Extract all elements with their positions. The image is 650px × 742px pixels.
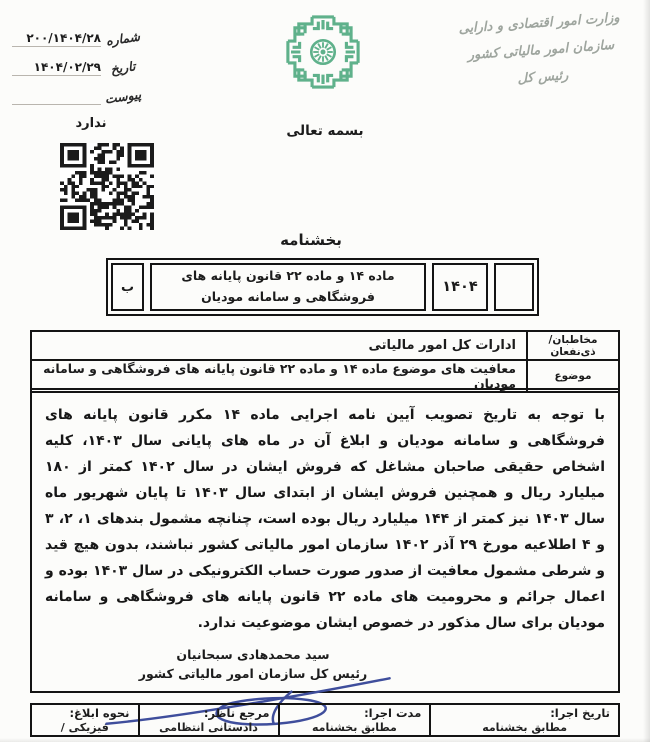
document-type-title: بخشنامه bbox=[0, 231, 636, 249]
qr-code bbox=[60, 143, 154, 230]
execution-date-label: تاریخ اجرا: bbox=[439, 706, 610, 721]
tax-administration-logo-icon bbox=[284, 10, 362, 94]
document-meta: ۲۰۰/۱۴۰۴/۲۸ شماره ۱۴۰۴/۰۲/۲۹ تاریخ پیوست… bbox=[12, 18, 142, 131]
besmele-text: بسمه تعالی bbox=[0, 123, 650, 139]
signer-name: سید محمدهادی سبحانیان bbox=[113, 645, 393, 664]
circular-document-page: ۲۰۰/۱۴۰۴/۲۸ شماره ۱۴۰۴/۰۲/۲۹ تاریخ پیوست… bbox=[0, 0, 650, 742]
document-number: ۲۰۰/۱۴۰۴/۲۸ bbox=[26, 31, 101, 46]
header-table: مخاطبان/ذی‌نفعان ادارات کل امور مالیاتی … bbox=[30, 330, 620, 393]
classification-row: ۱۴۰۴ ماده ۱۴ و ماده ۲۲ قانون پایانه های … bbox=[106, 258, 539, 316]
supervisor-label: مرجع ناظر: bbox=[148, 706, 270, 721]
execution-date-value: مطابق بخشنامه bbox=[439, 721, 610, 735]
classification-empty-box bbox=[494, 263, 534, 311]
meta-date-row: ۱۴۰۴/۰۲/۲۹ تاریخ bbox=[12, 47, 142, 76]
body-box: با توجه به تاریخ تصویب آیین نامه اجرایی … bbox=[30, 388, 620, 693]
classification-subject-box: ماده ۱۴ و ماده ۲۲ قانون پایانه های فروشگ… bbox=[150, 263, 426, 311]
meta-attachment-row: پیوست bbox=[12, 76, 142, 105]
meta-date-line: ۱۴۰۴/۰۲/۲۹ bbox=[12, 60, 101, 76]
letterhead-block: وزارت امور اقتصادی و دارایی سازمان امور … bbox=[433, 3, 648, 98]
footer-cell-notification-method: نحوه ابلاغ: فیزیکی / سیستمی bbox=[32, 705, 137, 735]
recipients-value: ادارات کل امور مالیاتی bbox=[31, 331, 527, 360]
supervisor-value: دادستانی انتظامی مالیاتی bbox=[148, 721, 270, 735]
classification-letter-box: ب bbox=[111, 263, 144, 311]
footer-cell-execution-duration: مدت اجرا: مطابق بخشنامه bbox=[278, 705, 430, 735]
footer-cell-execution-date: تاریخ اجرا: مطابق بخشنامه bbox=[429, 705, 618, 735]
signature-block: سید محمدهادی سبحانیان رئیس کل سازمان امو… bbox=[113, 645, 393, 683]
notification-method-value: فیزیکی / سیستمی bbox=[40, 721, 129, 735]
execution-duration-value: مطابق بخشنامه bbox=[288, 721, 422, 735]
recipients-label: مخاطبان/ذی‌نفعان bbox=[527, 331, 619, 360]
execution-duration-label: مدت اجرا: bbox=[288, 706, 422, 721]
footer-cell-supervisor: مرجع ناظر: دادستانی انتظامی مالیاتی bbox=[138, 705, 278, 735]
document-date: ۱۴۰۴/۰۲/۲۹ bbox=[34, 60, 101, 75]
classification-year-box: ۱۴۰۴ bbox=[432, 263, 488, 311]
meta-attachment-line bbox=[12, 104, 101, 105]
meta-number-line: ۲۰۰/۱۴۰۴/۲۸ bbox=[12, 31, 101, 47]
notification-method-label: نحوه ابلاغ: bbox=[40, 706, 129, 721]
circular-body-text: با توجه به تاریخ تصویب آیین نامه اجرایی … bbox=[32, 390, 618, 636]
footer-table: تاریخ اجرا: مطابق بخشنامه مدت اجرا: مطاب… bbox=[30, 703, 620, 737]
meta-number-row: ۲۰۰/۱۴۰۴/۲۸ شماره bbox=[12, 18, 142, 47]
attachment-label: پیوست bbox=[103, 86, 143, 107]
recipients-row: مخاطبان/ذی‌نفعان ادارات کل امور مالیاتی bbox=[31, 331, 619, 360]
